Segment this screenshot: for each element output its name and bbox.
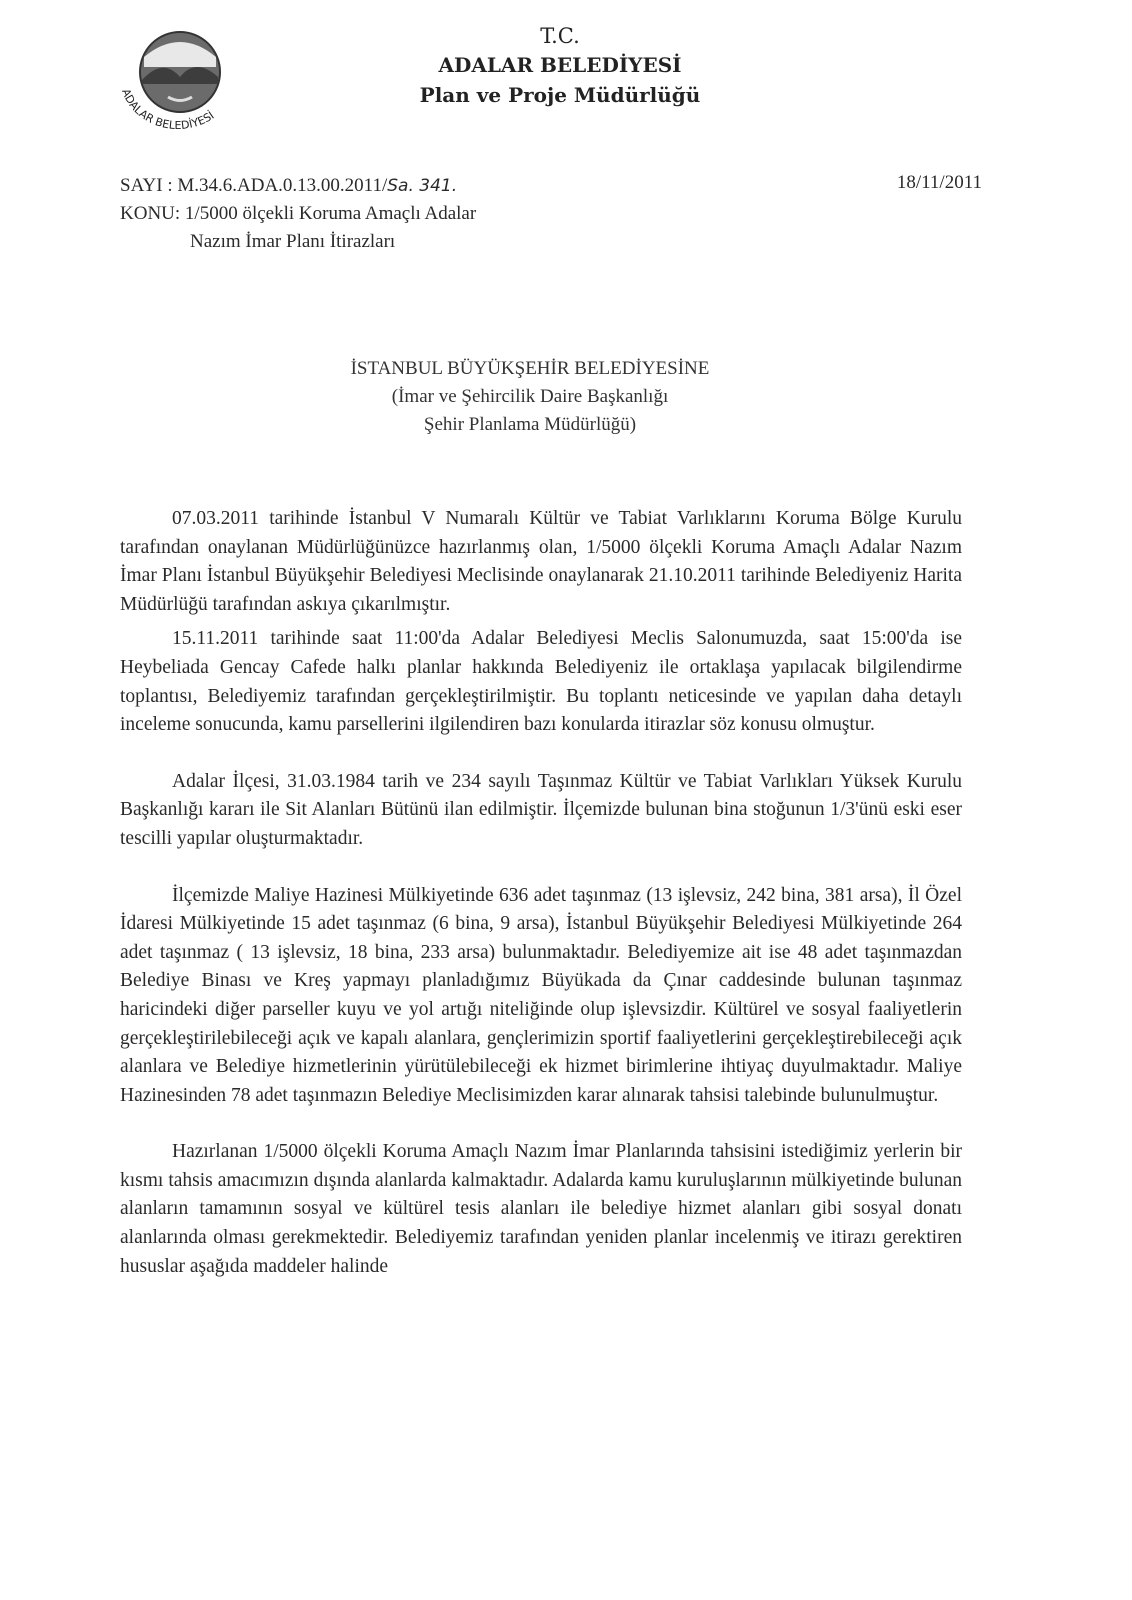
subject-line: KONU: 1/5000 ölçekli Koruma Amaçlı Adala…	[120, 200, 476, 228]
document-meta: SAYI : M.34.6.ADA.0.13.00.2011/Sa. 341. …	[120, 172, 476, 256]
subject-label: KONU:	[120, 203, 180, 224]
paragraph: Hazırlanan 1/5000 ölçekli Koruma Amaçlı …	[120, 1138, 962, 1281]
reference-number-line: SAYI : M.34.6.ADA.0.13.00.2011/Sa. 341.	[120, 172, 476, 200]
addressee-block: İSTANBUL BÜYÜKŞEHİR BELEDİYESİNE (İmar v…	[250, 355, 810, 439]
document-date: 18/11/2011	[897, 172, 982, 194]
reference-value: : M.34.6.ADA.0.13.00.2011/	[167, 175, 387, 196]
subject-text-2: Nazım İmar Planı İtirazları	[120, 228, 476, 256]
municipal-seal-icon: ADALAR BELEDİYESİ	[108, 22, 248, 132]
letterhead-department: Plan ve Proje Müdürlüğü	[380, 80, 740, 110]
addressee-line-2: (İmar ve Şehircilik Daire Başkanlığı	[250, 383, 810, 411]
paragraph: 15.11.2011 tarihinde saat 11:00'da Adala…	[120, 625, 962, 739]
letterhead: T.C. ADALAR BELEDİYESİ Plan ve Proje Müd…	[380, 22, 740, 110]
municipal-seal-logo: ADALAR BELEDİYESİ	[108, 22, 248, 132]
subject-text-1: 1/5000 ölçekli Koruma Amaçlı Adalar	[185, 203, 476, 224]
addressee-line-3: Şehir Planlama Müdürlüğü)	[250, 411, 810, 439]
paragraph: İlçemizde Maliye Hazinesi Mülkiyetinde 6…	[120, 882, 962, 1111]
letterhead-municipality: ADALAR BELEDİYESİ	[380, 50, 740, 80]
letter-body: 07.03.2011 tarihinde İstanbul V Numaralı…	[120, 505, 962, 1281]
handwritten-number: Sa. 341.	[387, 176, 457, 196]
reference-label: SAYI	[120, 175, 163, 196]
paragraph: Adalar İlçesi, 31.03.1984 tarih ve 234 s…	[120, 768, 962, 854]
addressee-line-1: İSTANBUL BÜYÜKŞEHİR BELEDİYESİNE	[250, 355, 810, 383]
letterhead-tc: T.C.	[380, 22, 740, 50]
paragraph: 07.03.2011 tarihinde İstanbul V Numaralı…	[120, 505, 962, 619]
